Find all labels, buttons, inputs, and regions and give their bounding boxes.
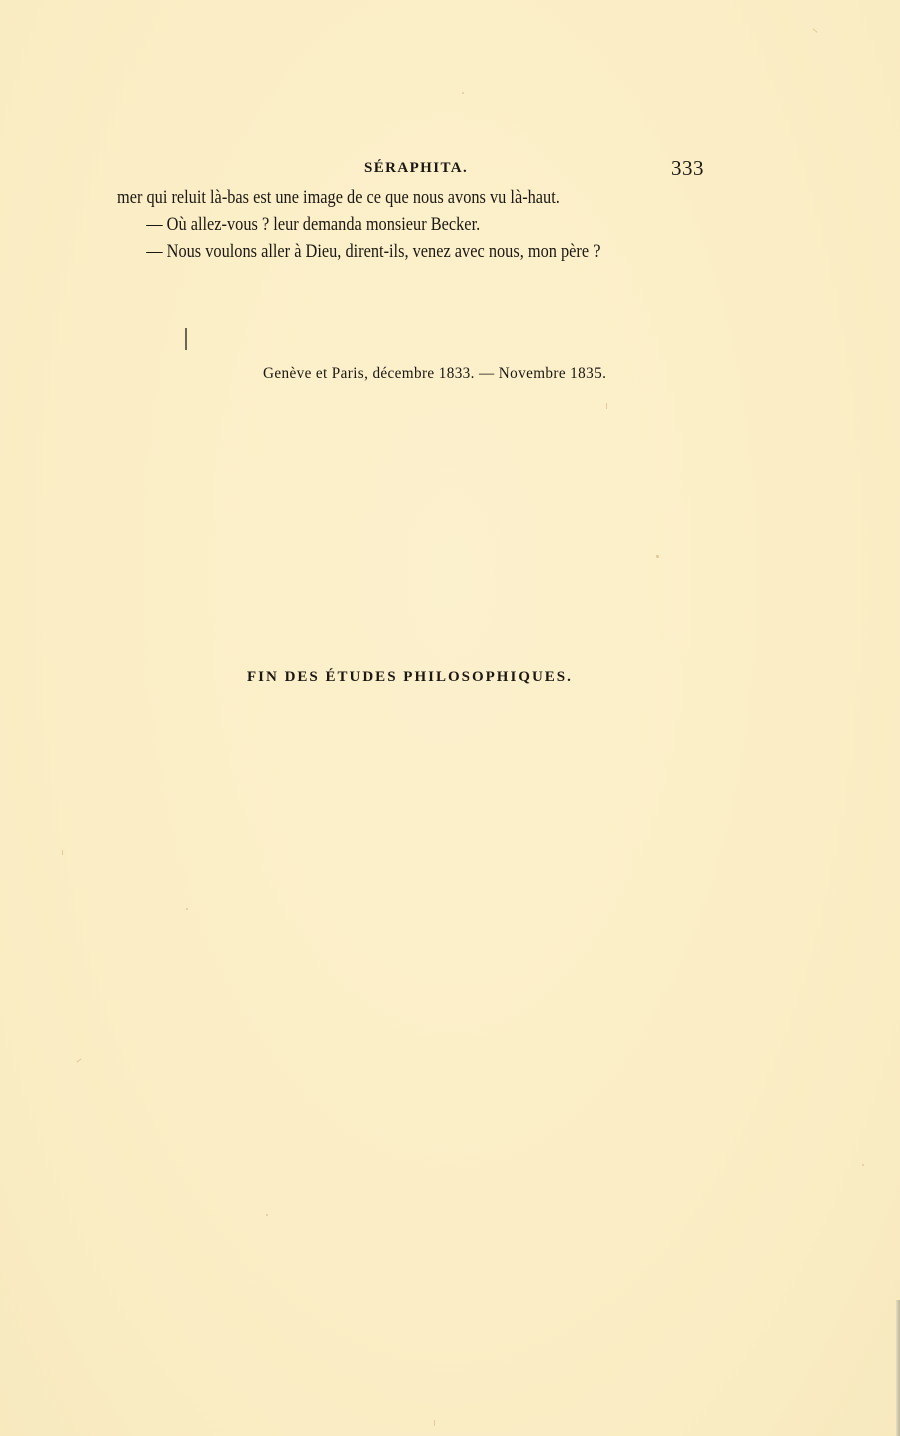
paragraph: — Nous voulons aller à Dieu, dirent-ils,… xyxy=(117,238,707,265)
paper-speck xyxy=(266,1214,268,1216)
book-page: SÉRAPHITA. 333 mer qui reluit là-bas est… xyxy=(0,0,900,1436)
paper-speck xyxy=(812,28,817,33)
paper-speck xyxy=(656,555,659,558)
place-date-signature: Genève et Paris, décembre 1833. — Novemb… xyxy=(263,365,606,383)
text-cursor-mark xyxy=(185,328,187,350)
paper-speck xyxy=(62,850,63,855)
paragraph: mer qui reluit là-bas est une image de c… xyxy=(117,184,707,211)
paper-speck xyxy=(434,1420,435,1426)
paper-speck xyxy=(76,1058,81,1062)
body-text: mer qui reluit là-bas est une image de c… xyxy=(117,184,624,265)
page-number: 333 xyxy=(671,156,704,181)
running-title: SÉRAPHITA. xyxy=(364,160,468,177)
paper-speck xyxy=(606,403,607,409)
paper-speck xyxy=(462,92,464,94)
page-header: SÉRAPHITA. 333 xyxy=(0,158,900,184)
end-note: FIN DES ÉTUDES PHILOSOPHIQUES. xyxy=(247,669,573,686)
page-edge-shadow xyxy=(896,1300,900,1436)
paragraph: — Où allez-vous ? leur demanda monsieur … xyxy=(117,211,707,238)
paper-speck xyxy=(862,1164,864,1166)
paper-speck xyxy=(186,908,188,910)
